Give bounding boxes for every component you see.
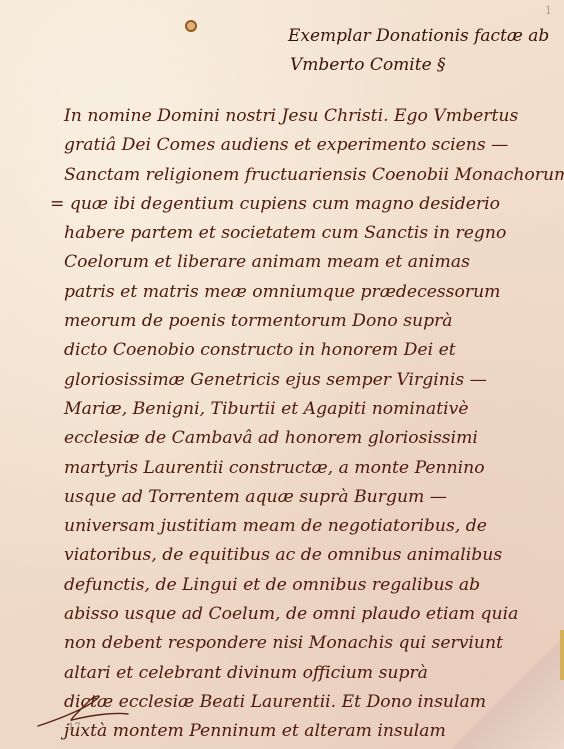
page-corner-fold (444, 639, 564, 749)
manuscript-page: 1 Exemplar Donationis factæ ab Vmberto C… (0, 0, 564, 749)
text-line: patris et matris meæ omniumque prædecess… (64, 278, 564, 307)
text-line: meorum de poenis tormentorum Dono suprà (64, 307, 564, 336)
text-line: viatoribus, de equitibus ac de omnibus a… (64, 541, 564, 570)
text-line: defunctis, de Lingui et de omnibus regal… (64, 571, 564, 600)
page-edge-tab (560, 630, 564, 680)
pen-flourish-icon (32, 690, 132, 730)
text-line: dicto Coenobio constructo in honorem Dei… (64, 336, 564, 365)
text-line: ecclesiæ de Cambavâ ad honorem gloriosis… (64, 424, 564, 453)
text-line: Sanctam religionem fructuariensis Coenob… (64, 161, 564, 190)
text-line: universam justitiam meam de negotiatorib… (64, 512, 564, 541)
text-line: gloriosissimæ Genetricis ejus semper Vir… (64, 366, 564, 395)
text-line: usque ad Torrentem aquæ suprà Burgum — (64, 483, 564, 512)
folio-number: 1 (545, 4, 552, 17)
seal-mark-icon (185, 20, 197, 32)
shelfmark: 17 (68, 722, 81, 733)
text-line: abisso usque ad Coelum, de omni plaudo e… (64, 600, 564, 629)
text-line: Mariæ, Benigni, Tiburtii et Agapiti nomi… (64, 395, 564, 424)
heading-line-1: Exemplar Donationis factæ ab (288, 26, 549, 46)
text-line: Coelorum et liberare animam meam et anim… (64, 248, 564, 277)
text-line: habere partem et societatem cum Sanctis … (64, 219, 564, 248)
text-line: martyris Laurentii constructæ, a monte P… (64, 454, 564, 483)
text-line: = quæ ibi degentium cupiens cum magno de… (50, 190, 564, 219)
document-heading: Exemplar Donationis factæ ab Vmberto Com… (288, 22, 549, 80)
text-line: gratiâ Dei Comes audiens et experimento … (64, 131, 564, 160)
text-line: In nomine Domini nostri Jesu Christi. Eg… (64, 102, 564, 131)
heading-line-2: Vmberto Comite § (288, 51, 549, 80)
